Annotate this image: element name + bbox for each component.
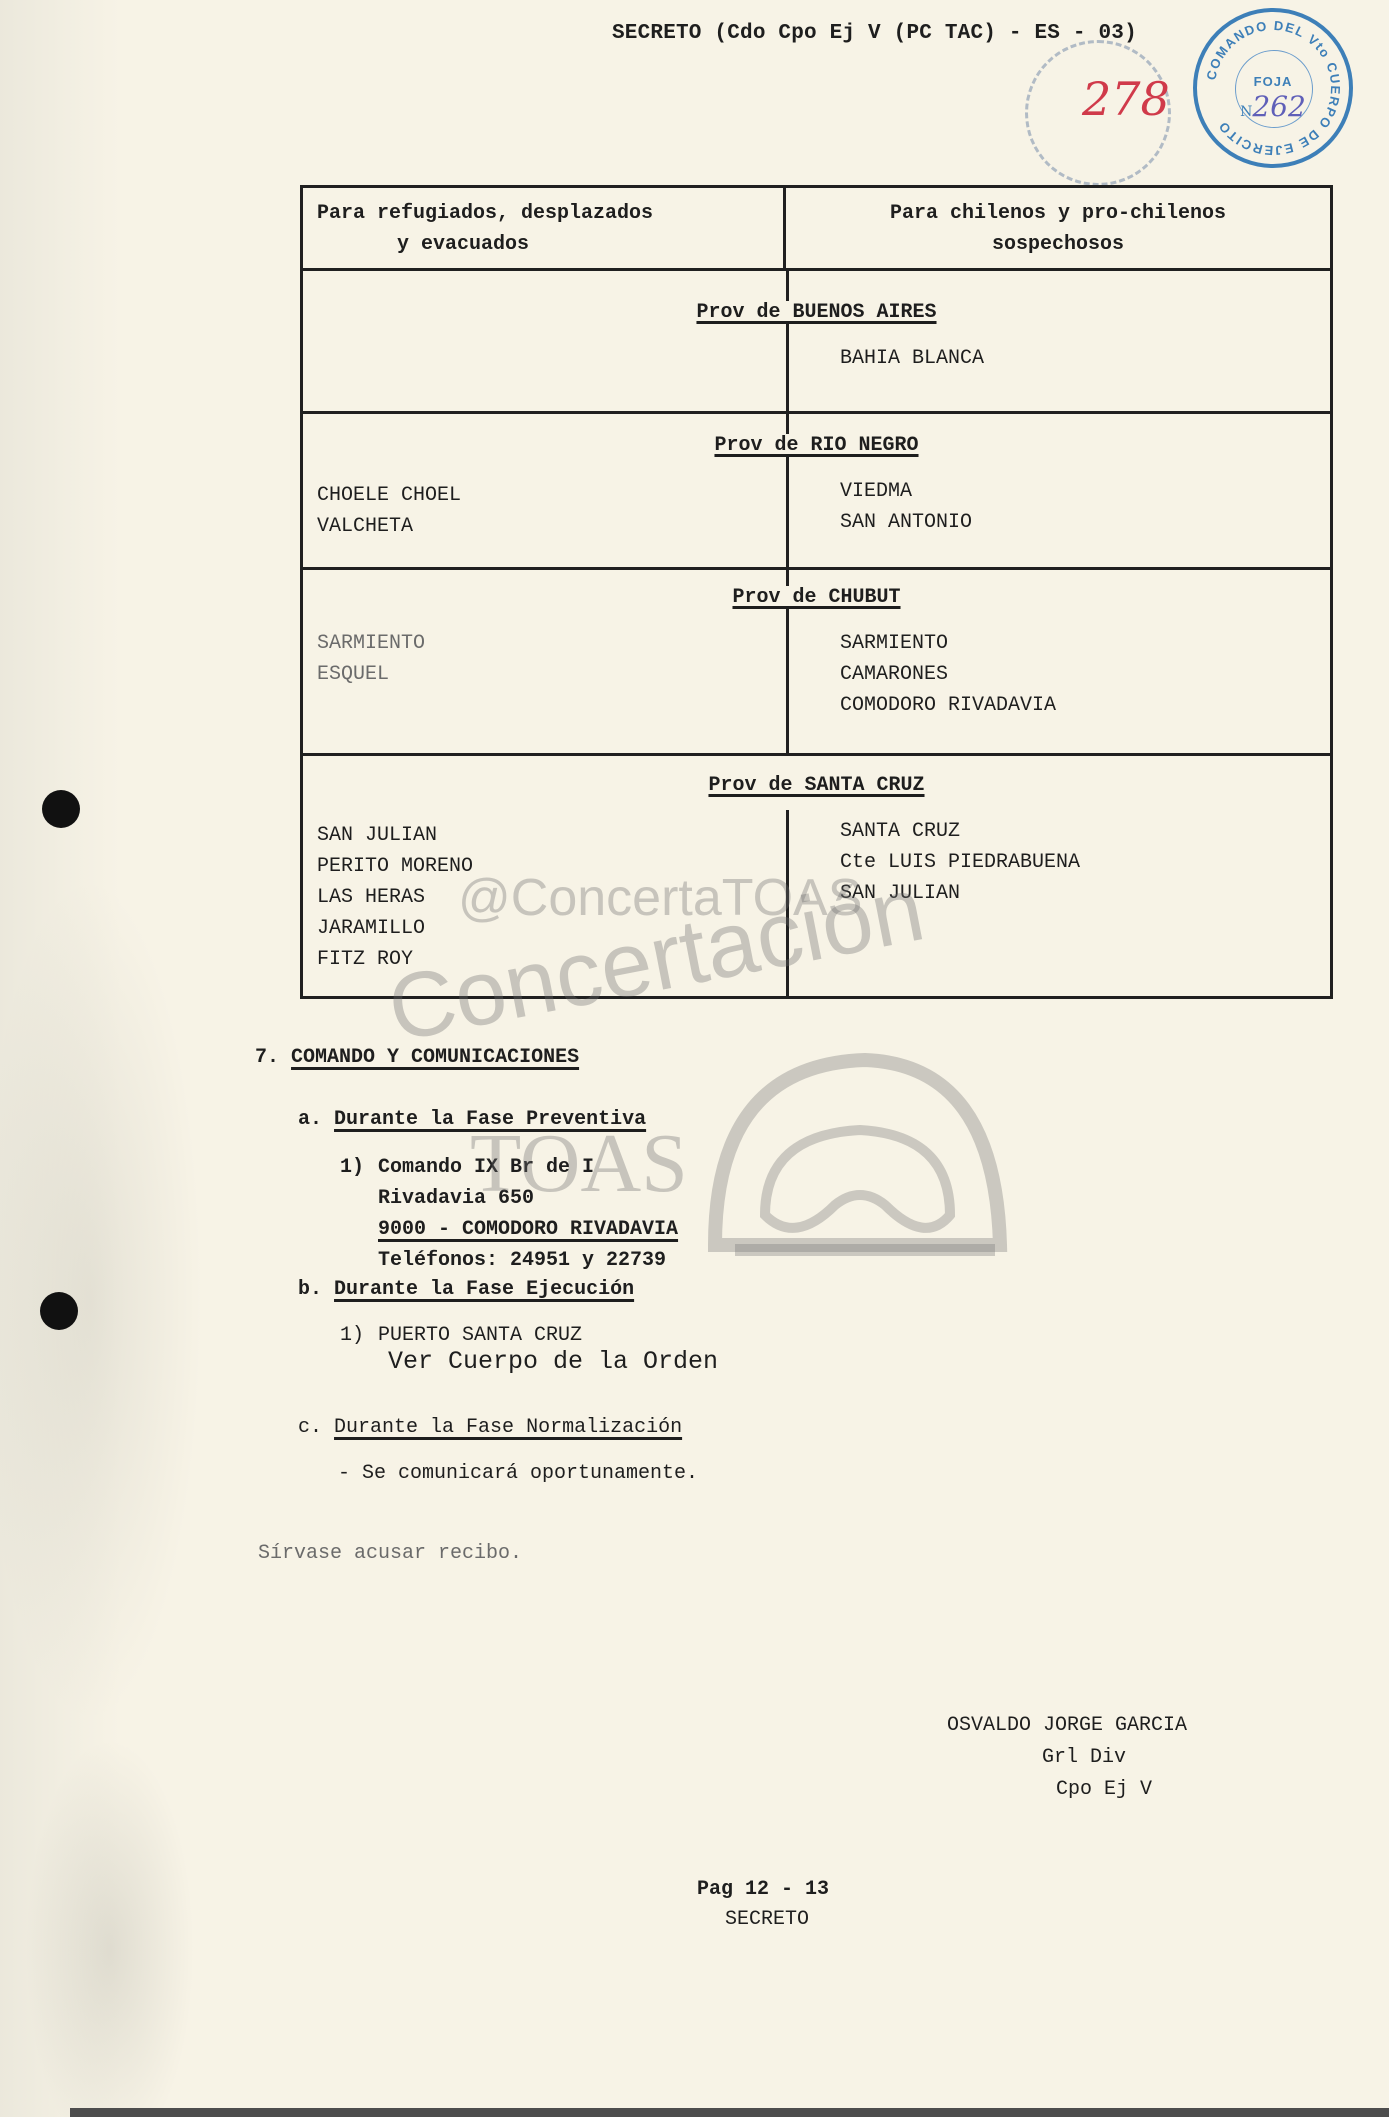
foja-number: N262: [1197, 90, 1349, 123]
subsection-a-heading: a. Durante la Fase Preventiva: [298, 1104, 646, 1135]
list-item: JARAMILLO: [317, 913, 473, 944]
list-item: COMODORO RIVADAVIA: [840, 690, 1056, 721]
table-header-row: Para refugiados, desplazados y evacuados…: [303, 188, 1330, 271]
list-item: Cte LUIS PIEDRABUENA: [840, 847, 1080, 878]
province-section-santa-cruz: Prov de SANTA CRUZ SAN JULIAN PERITO MOR…: [303, 756, 1330, 996]
list-item: PERITO MORENO: [317, 851, 473, 882]
column-divider: [786, 810, 789, 996]
helmet-watermark-icon: [695, 1045, 1015, 1275]
locations-table: Para refugiados, desplazados y evacuados…: [300, 185, 1333, 999]
list-item: CAMARONES: [840, 659, 1056, 690]
scan-bottom-edge: [70, 2108, 1389, 2117]
list-item: SARMIENTO: [840, 628, 1056, 659]
subsection-c-heading: c. Durante la Fase Normalización: [298, 1412, 682, 1443]
list-item: SANTA CRUZ: [840, 816, 1080, 847]
punch-hole-top: [42, 790, 80, 828]
command-phones: Teléfonos: 24951 y 22739: [378, 1245, 666, 1276]
handwritten-folio-number: 278: [1082, 72, 1170, 126]
province-title: Prov de BUENOS AIRES: [303, 301, 1330, 324]
classification-header: SECRETO (Cdo Cpo Ej V (PC TAC) - ES - 03…: [612, 22, 1137, 45]
subsection-b-heading: b. Durante la Fase Ejecución: [298, 1274, 634, 1305]
list-item: VIEDMA: [840, 476, 972, 507]
column-divider: [786, 271, 789, 411]
province-title: Prov de SANTA CRUZ: [303, 774, 1330, 797]
left-column-list: SARMIENTO ESQUEL: [317, 628, 425, 690]
foja-label: FOJA: [1197, 74, 1349, 89]
subsection-a-item-number: 1): [340, 1152, 364, 1183]
list-item: SARMIENTO: [317, 628, 425, 659]
header-chileans: Para chilenos y pro-chilenos sospechosos: [786, 188, 1330, 268]
right-column-list: SARMIENTO CAMARONES COMODORO RIVADAVIA: [840, 628, 1056, 721]
left-column-list: SAN JULIAN PERITO MORENO LAS HERAS JARAM…: [317, 820, 473, 975]
province-section-buenos-aires: Prov de BUENOS AIRES BAHIA BLANCA: [303, 271, 1330, 414]
closing-line: Sírvase acusar recibo.: [258, 1538, 522, 1569]
list-item: SAN JULIAN: [840, 878, 1080, 909]
foja-stamp: COMANDO DEL Vto CUERPO DE EJERCITO FOJA …: [1193, 8, 1353, 168]
execution-reference: Ver Cuerpo de la Orden: [388, 1346, 718, 1377]
punch-hole-bottom: [40, 1292, 78, 1330]
footer-classification: SECRETO: [725, 1904, 809, 1935]
list-item: SAN ANTONIO: [840, 507, 972, 538]
right-column-list: BAHIA BLANCA: [840, 343, 984, 374]
command-name: Comando IX Br de I: [378, 1152, 594, 1183]
list-item: ESQUEL: [317, 659, 425, 690]
province-section-chubut: Prov de CHUBUT SARMIENTO ESQUEL SARMIENT…: [303, 570, 1330, 756]
command-city: 9000 - COMODORO RIVADAVIA: [378, 1214, 678, 1245]
list-item: FITZ ROY: [317, 944, 473, 975]
left-column-list: CHOELE CHOEL VALCHETA: [317, 480, 461, 542]
right-column-list: SANTA CRUZ Cte LUIS PIEDRABUENA SAN JULI…: [840, 816, 1080, 909]
province-section-rio-negro: Prov de RIO NEGRO CHOELE CHOEL VALCHETA …: [303, 414, 1330, 570]
subsection-b-item-number: 1): [340, 1320, 364, 1351]
province-title: Prov de CHUBUT: [303, 586, 1330, 609]
signature-name: OSVALDO JORGE GARCIA: [947, 1710, 1187, 1741]
command-address: Rivadavia 650: [378, 1183, 534, 1214]
signature-rank: Grl Div: [1042, 1742, 1126, 1773]
section-7-heading: 7. COMANDO Y COMUNICACIONES: [255, 1042, 579, 1073]
list-item: BAHIA BLANCA: [840, 343, 984, 374]
province-title: Prov de RIO NEGRO: [303, 434, 1330, 457]
signature-unit: Cpo Ej V: [1056, 1774, 1152, 1805]
list-item: CHOELE CHOEL: [317, 480, 461, 511]
list-item: LAS HERAS: [317, 882, 473, 913]
list-item: SAN JULIAN: [317, 820, 473, 851]
list-item: VALCHETA: [317, 511, 461, 542]
normalization-note: - Se comunicará oportunamente.: [338, 1458, 698, 1489]
header-refugees: Para refugiados, desplazados y evacuados: [303, 188, 786, 268]
right-column-list: VIEDMA SAN ANTONIO: [840, 476, 972, 538]
page-number: Pag 12 - 13: [697, 1874, 829, 1905]
